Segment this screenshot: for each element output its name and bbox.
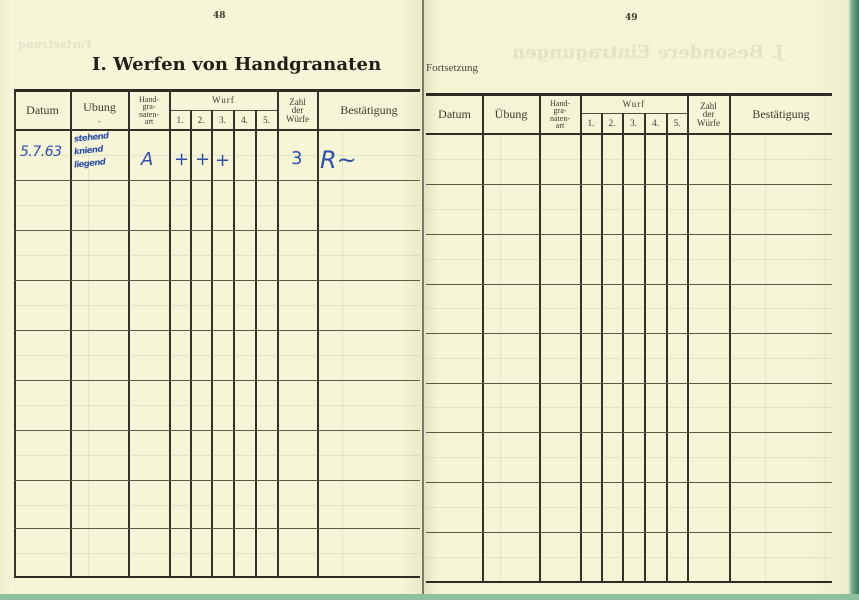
right-col-header-bestaetigung: Bestätigung <box>730 95 832 133</box>
col-header-bestaetigung: Bestätigung <box>318 91 420 129</box>
entry-throw-1: + <box>174 149 189 170</box>
right-page <box>424 0 850 600</box>
entry-throw-3: + <box>215 150 230 171</box>
col-header-wurf-1: 1. <box>170 111 190 129</box>
cover-bottom-edge <box>0 594 859 600</box>
col-header-wurf-3: 3. <box>212 111 233 129</box>
page-title: I. Werfen von Handgranaten <box>92 54 381 75</box>
col-header-wurf-2: 2. <box>191 111 211 129</box>
page-number-left: 48 <box>213 11 226 21</box>
bleed-through-title: J. Besondere Eintragungen <box>512 42 784 63</box>
cover-edge <box>848 0 859 600</box>
continuation-label: Fortsetzung <box>426 62 478 74</box>
right-col-header-wurf: Wurf <box>581 96 687 112</box>
entry-throw-2: + <box>195 149 210 170</box>
entry-signature: R~ <box>320 146 357 174</box>
col-header-handgranatenart: Hand- gra- naten- art <box>129 92 169 129</box>
entry-grenade-type: A <box>141 149 153 170</box>
col-header-datum: Datum <box>15 91 70 129</box>
right-col-header-wurf-3: 3. <box>623 114 644 133</box>
page-number-right: 49 <box>625 13 638 23</box>
col-header-wurf-5: 5. <box>256 111 277 129</box>
col-header-zahl-der-wuerfe: Zahl der Würfe <box>278 92 317 129</box>
col-header-ubung-mark: - <box>71 118 128 126</box>
right-col-header-wurf-1: 1. <box>581 114 601 133</box>
right-col-header-zahl-der-wuerfe: Zahl der Würfe <box>688 96 729 133</box>
right-col-header-datum: Datum <box>427 95 482 133</box>
col-header-wurf: Wurf <box>170 92 277 109</box>
entry-date: 5.7.63 <box>20 144 62 160</box>
entry-throw-count: 3 <box>291 148 302 169</box>
bleed-through-left: Fortsetzung <box>18 38 92 51</box>
right-col-header-wurf-4: 4. <box>645 114 666 133</box>
right-col-header-ubung: Übung <box>483 95 539 133</box>
right-col-header-handgranatenart: Hand- gra- naten- art <box>540 96 580 133</box>
col-header-wurf-4: 4. <box>234 111 255 129</box>
right-col-header-wurf-2: 2. <box>602 114 622 133</box>
right-col-header-wurf-5: 5. <box>667 114 687 133</box>
